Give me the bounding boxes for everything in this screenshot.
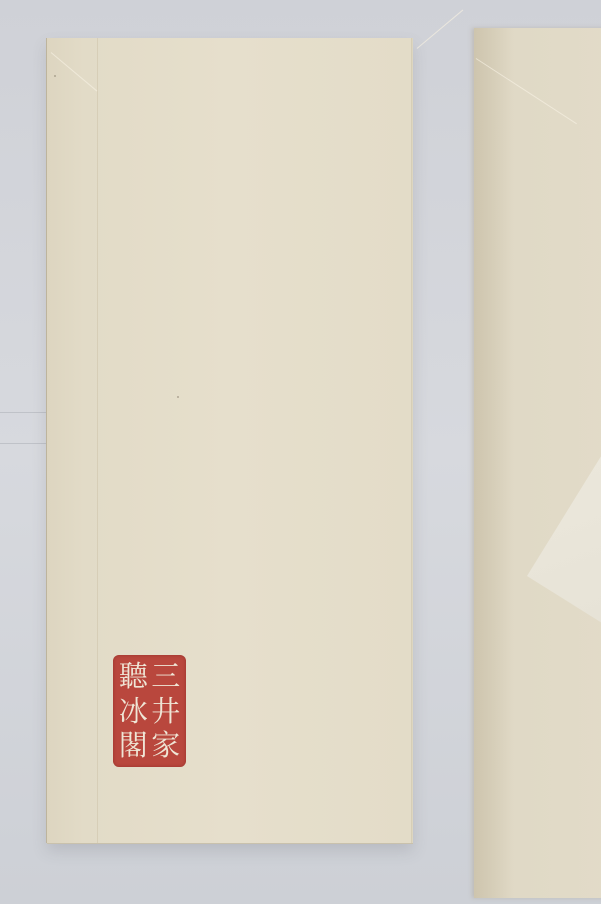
- spine-shadow: [474, 28, 512, 898]
- seal-char: 家: [150, 728, 183, 763]
- seal-char: 閣: [117, 728, 150, 763]
- backdrop-line: [0, 412, 46, 413]
- backdrop-line: [0, 443, 46, 444]
- corner-crease: [417, 10, 464, 49]
- seal-char: 三: [150, 659, 183, 694]
- fold-line: [97, 38, 98, 843]
- seal-char: 井: [150, 694, 183, 729]
- corner-crease: [51, 52, 98, 91]
- right-page: [474, 28, 601, 898]
- red-seal-stamp: 三 井 家 聽 冰 閣: [113, 655, 186, 767]
- paper-speck: [177, 396, 179, 398]
- seal-char: 聽: [117, 659, 150, 694]
- left-page: [47, 38, 413, 843]
- gutter-edge: [411, 38, 413, 843]
- seal-char: 冰: [117, 694, 150, 729]
- paper-speck: [54, 75, 56, 77]
